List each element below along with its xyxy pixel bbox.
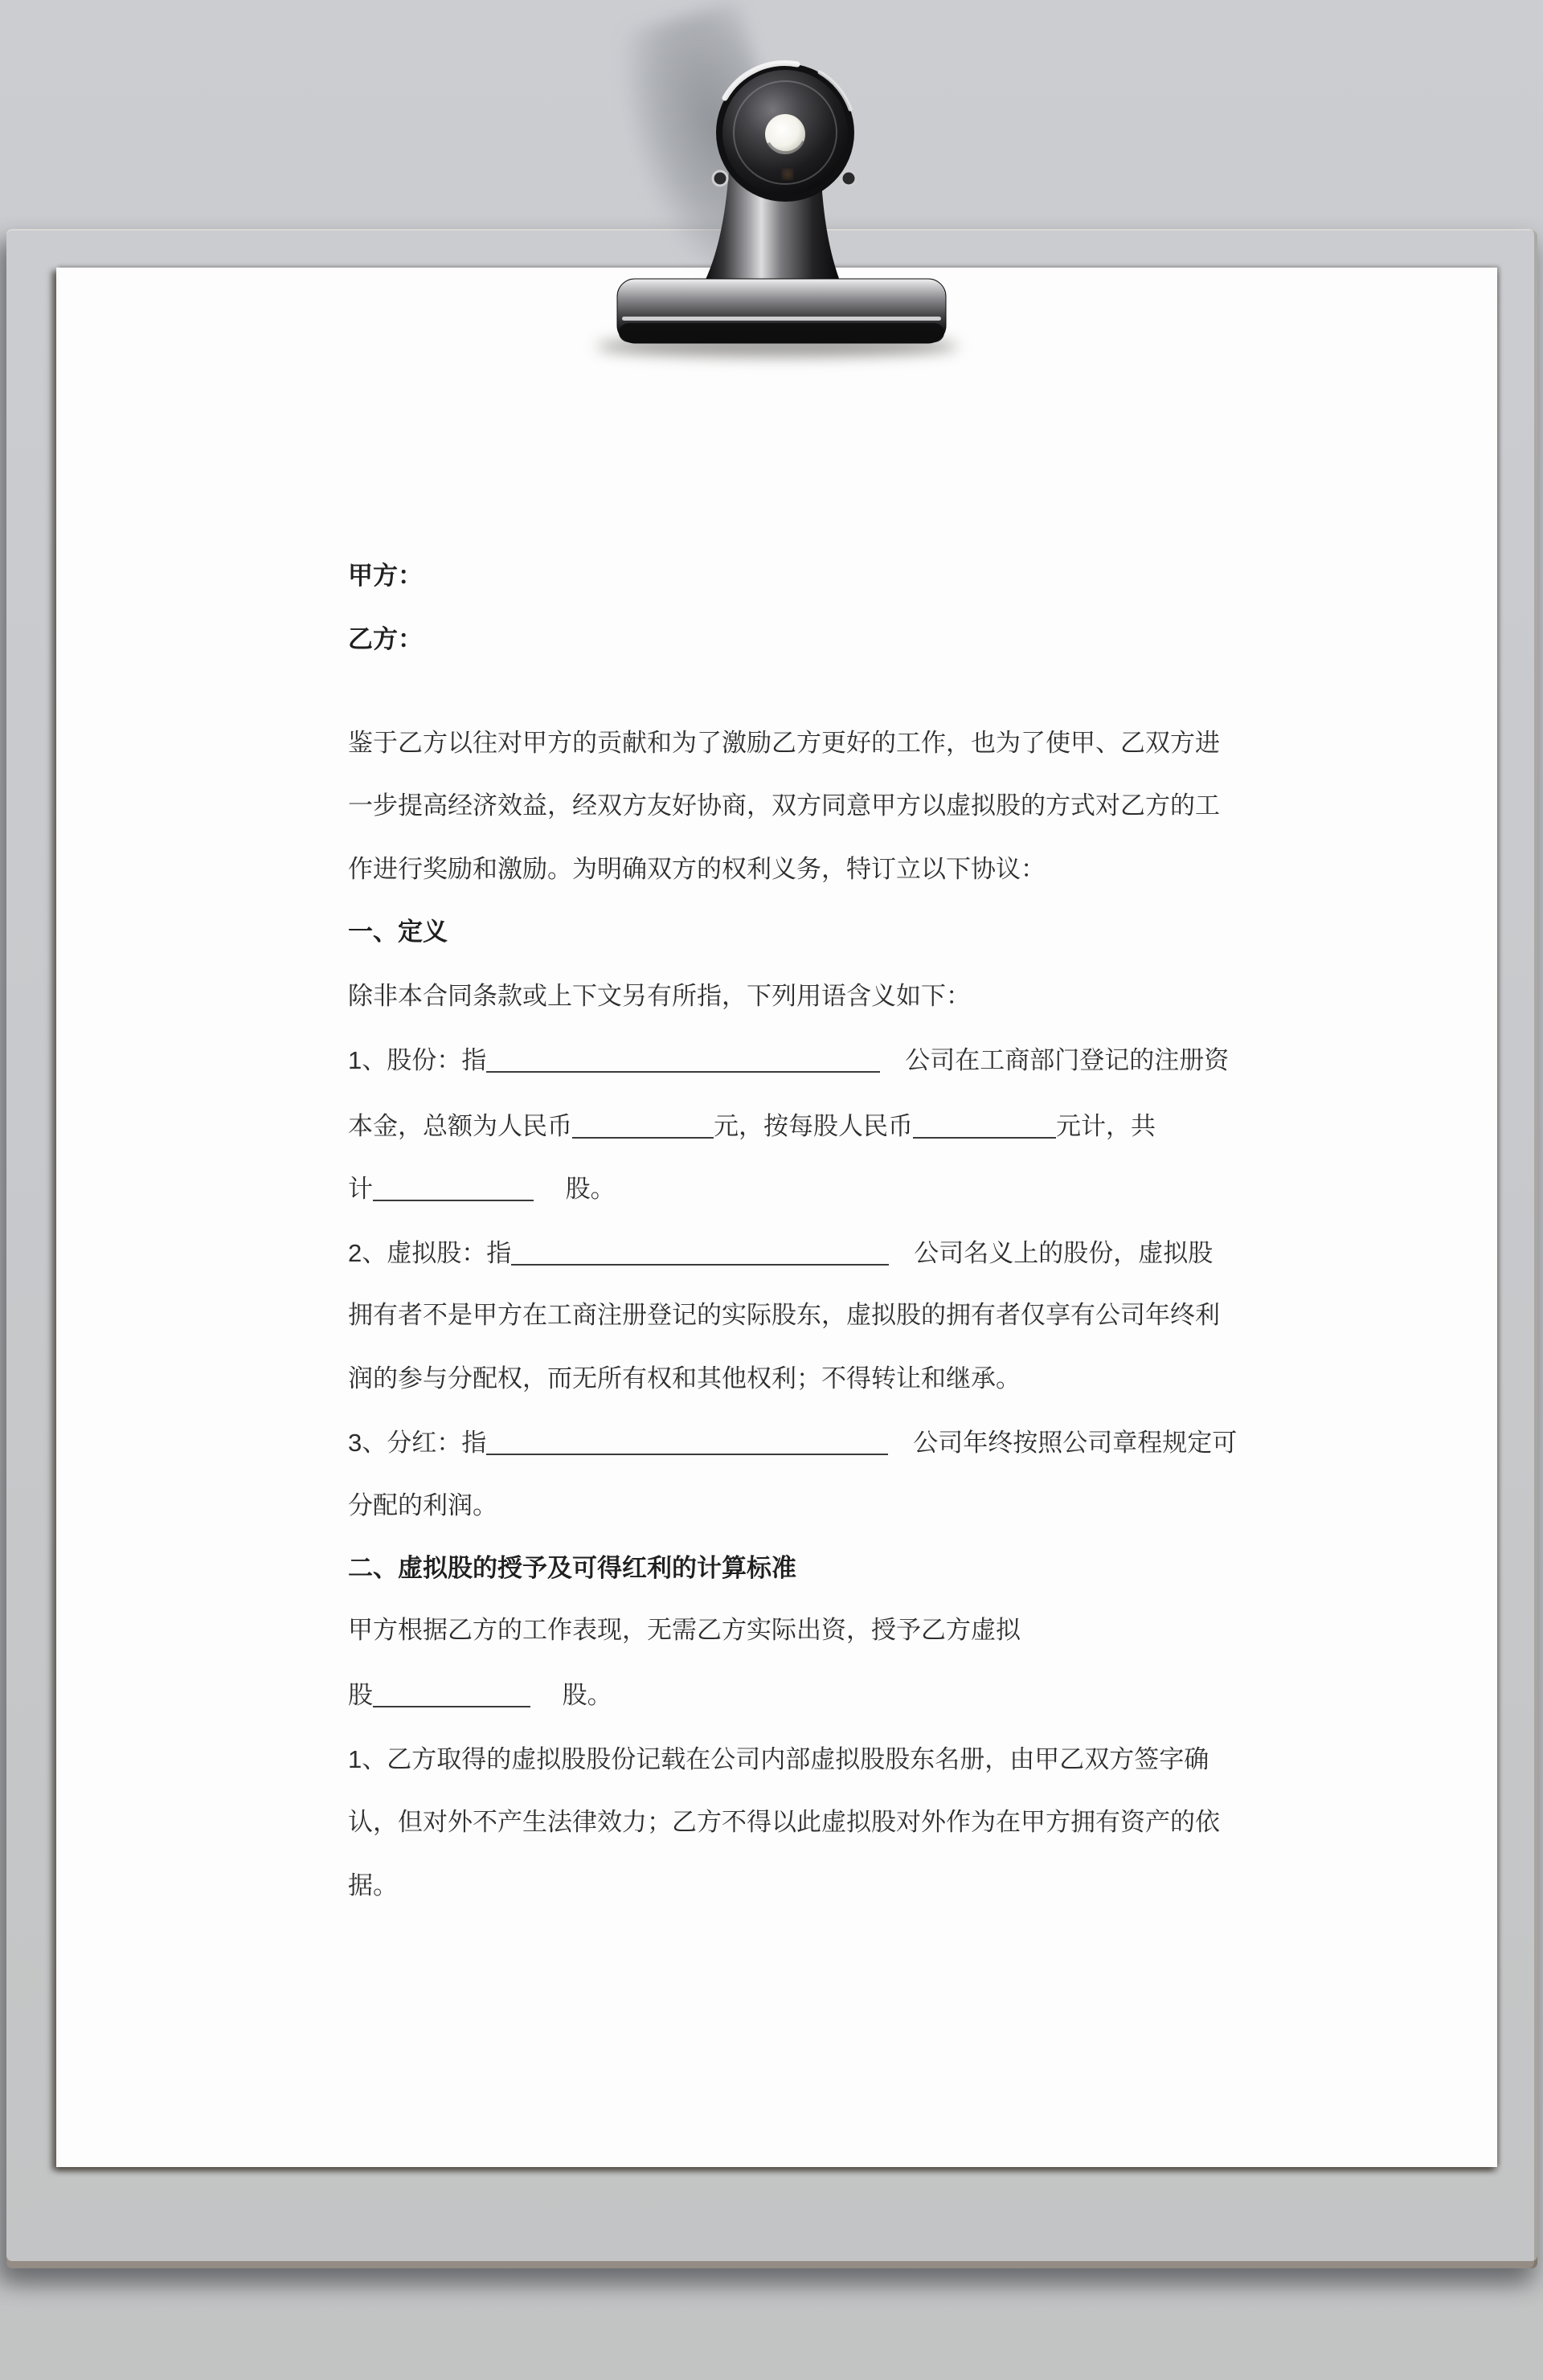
document-line: 除非本合同条款或上下文另有所指，下列用语含义如下： — [348, 980, 971, 1012]
document-line: 作进行奖励和激励。为明确双方的权利义务，特订立以下协议： — [348, 853, 1046, 885]
text-run: 鉴于乙方以往对甲方的贡献和为了激励乙方更好的工作，也为了使甲、乙双方进 — [348, 729, 1220, 757]
text-run: 计 — [348, 1175, 373, 1203]
document-line: 润的参与分配权，而无所有权和其他权利；不得转让和继承。 — [348, 1363, 1021, 1395]
document-line: 1、乙方取得的虚拟股股份记载在公司内部虚拟股股东名册，由甲乙双方签字确 — [348, 1744, 1209, 1776]
text-run: 乙方： — [348, 625, 423, 653]
text-run: 润的参与分配权，而无所有权和其他权利；不得转让和继承。 — [348, 1364, 1021, 1392]
text-run: 本金，总额为人民币 — [348, 1112, 572, 1140]
document-line: 拥有者不是甲方在工商注册登记的实际股东，虚拟股的拥有者仅享有公司年终利 — [348, 1299, 1220, 1331]
document-line: 计 股。 — [348, 1173, 616, 1205]
text-run: 公司名义上的股份，虚拟股 — [889, 1239, 1213, 1267]
blank-underline — [373, 1188, 534, 1201]
clip-hook-left — [713, 171, 727, 186]
text-run: 甲方根据乙方的工作表现，无需乙方实际出资，授予乙方虚拟 — [348, 1616, 1021, 1644]
text-run: 2、虚拟股：指 — [348, 1239, 511, 1267]
text-run: 一、定义 — [348, 918, 448, 946]
clipboard-photo: 甲方：乙方：鉴于乙方以往对甲方的贡献和为了激励乙方更好的工作，也为了使甲、乙双方… — [0, 0, 1543, 2380]
binder-clip — [579, 0, 980, 378]
document-line: 乙方： — [348, 624, 423, 656]
text-run: 股。 — [534, 1175, 616, 1203]
document-line: 1、股份：指 公司在工商部门登记的注册资 — [348, 1045, 1229, 1077]
blank-underline — [913, 1126, 1056, 1139]
text-run: 二、虚拟股的授予及可得红利的计算标准 — [348, 1554, 796, 1582]
document-line: 一步提高经济效益，经双方友好协商，双方同意甲方以虚拟股的方式对乙方的工 — [348, 790, 1220, 822]
text-run: 股。 — [530, 1681, 612, 1709]
document-line: 鉴于乙方以往对甲方的贡献和为了激励乙方更好的工作，也为了使甲、乙双方进 — [348, 727, 1220, 759]
paper-sheet: 甲方：乙方：鉴于乙方以往对甲方的贡献和为了激励乙方更好的工作，也为了使甲、乙双方… — [56, 268, 1497, 2167]
document-line: 2、虚拟股：指 公司名义上的股份，虚拟股 — [348, 1237, 1213, 1270]
text-run: 分配的利润。 — [348, 1491, 497, 1519]
text-run: 公司在工商部门登记的注册资 — [880, 1046, 1229, 1074]
clipboard-board: 甲方：乙方：鉴于乙方以往对甲方的贡献和为了激励乙方更好的工作，也为了使甲、乙双方… — [6, 229, 1537, 2268]
document-line: 认，但对外不产生法律效力；乙方不得以此虚拟股对外作为在甲方拥有资产的依 — [348, 1806, 1220, 1838]
text-run: 认，但对外不产生法律效力；乙方不得以此虚拟股对外作为在甲方拥有资产的依 — [348, 1808, 1220, 1836]
document-line: 股 股。 — [348, 1679, 612, 1711]
document-line: 3、分红：指 公司年终按照公司章程规定可 — [348, 1427, 1237, 1459]
text-run: 一步提高经济效益，经双方友好协商，双方同意甲方以虚拟股的方式对乙方的工 — [348, 791, 1220, 820]
document-line: 一、定义 — [348, 916, 448, 948]
text-run: 3、分红：指 — [348, 1429, 486, 1457]
blank-underline — [486, 1060, 880, 1073]
document-line: 据。 — [348, 1870, 398, 1902]
clip-hook-right — [841, 171, 856, 186]
text-run: 据。 — [348, 1871, 398, 1900]
blank-underline — [373, 1695, 530, 1707]
text-run: 作进行奖励和激励。为明确双方的权利义务，特订立以下协议： — [348, 855, 1046, 883]
text-run: 1、乙方取得的虚拟股股份记载在公司内部虚拟股股东名册，由甲乙双方签字确 — [348, 1745, 1209, 1773]
document-line: 本金，总额为人民币元，按每股人民币元计，共 — [348, 1110, 1156, 1143]
clip-reflection-glint — [784, 171, 791, 178]
text-run: 拥有者不是甲方在工商注册登记的实际股东，虚拟股的拥有者仅享有公司年终利 — [348, 1301, 1220, 1329]
document-line: 甲方根据乙方的工作表现，无需乙方实际出资，授予乙方虚拟 — [348, 1614, 1021, 1646]
blank-underline — [572, 1126, 714, 1139]
blank-underline — [511, 1253, 889, 1266]
clip-bar-highlight — [622, 317, 941, 321]
text-run: 1、股份：指 — [348, 1046, 486, 1074]
text-run: 除非本合同条款或上下文另有所指，下列用语含义如下： — [348, 982, 971, 1010]
blank-underline — [486, 1442, 888, 1455]
document-line: 二、虚拟股的授予及可得红利的计算标准 — [348, 1552, 796, 1585]
text-run: 股 — [348, 1681, 373, 1709]
text-run: 公司年终按照公司章程规定可 — [888, 1429, 1237, 1457]
clip-bar-lip — [619, 323, 944, 342]
document-line: 甲方： — [348, 560, 423, 592]
text-run: 元计，共 — [1056, 1112, 1156, 1140]
document-line: 分配的利润。 — [348, 1490, 497, 1522]
text-run: 甲方： — [348, 562, 423, 590]
document-text: 甲方：乙方：鉴于乙方以往对甲方的贡献和为了激励乙方更好的工作，也为了使甲、乙双方… — [56, 268, 1497, 2167]
text-run: 元，按每股人民币 — [714, 1112, 913, 1140]
